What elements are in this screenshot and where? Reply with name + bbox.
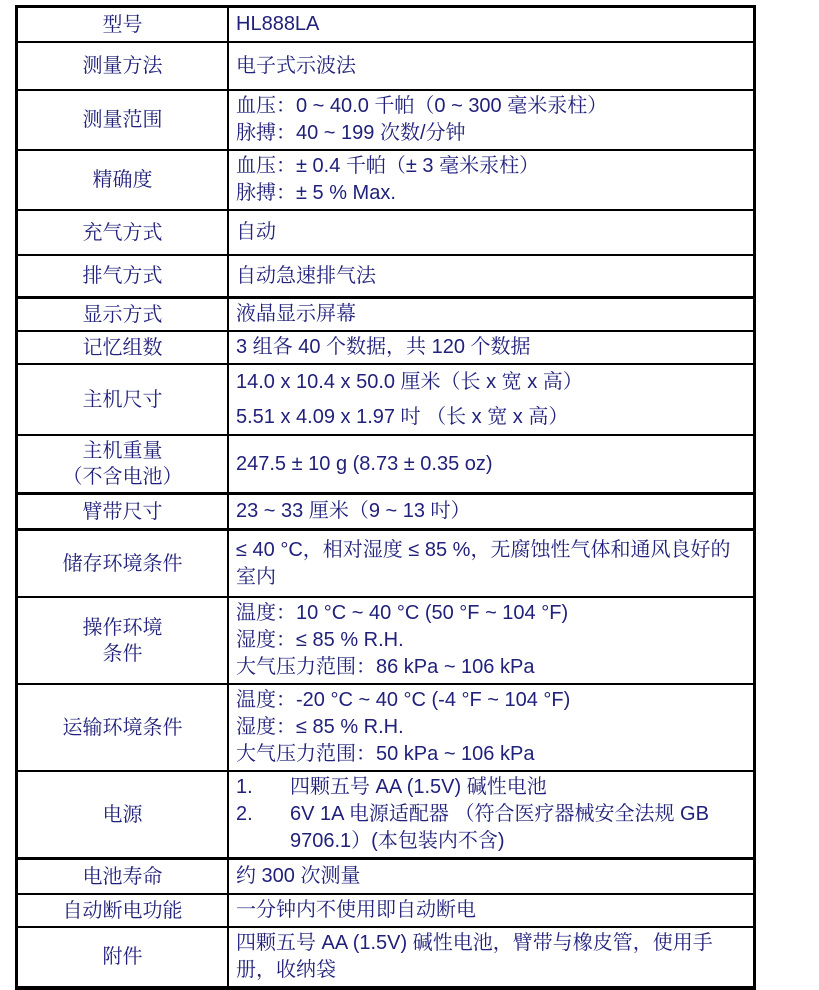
label-line: 主机重量 bbox=[83, 438, 163, 464]
value-line: 血压：± 0.4 千帕（± 3 毫米汞柱） bbox=[236, 153, 745, 180]
label-line: 储存环境条件 bbox=[63, 551, 183, 577]
label-line: 测量范围 bbox=[83, 107, 163, 133]
value-cuff-size: 23 ~ 33 厘米（9 ~ 13 吋） bbox=[229, 495, 753, 528]
row-transport-environment: 运输环境条件 温度：-20 °C ~ 40 °C (-4 °F ~ 104 °F… bbox=[18, 685, 753, 772]
row-storage-environment: 储存环境条件 ≤ 40 °C，相对湿度 ≤ 85 %，无腐蚀性气体和通风良好的室… bbox=[18, 531, 753, 598]
label-power-source: 电源 bbox=[18, 772, 229, 857]
value-transport-environment: 温度：-20 °C ~ 40 °C (-4 °F ~ 104 °F) 湿度：≤ … bbox=[229, 685, 753, 770]
value-line: 自动 bbox=[236, 219, 745, 246]
spec-table: 型号 HL888LA 测量方法 电子式示波法 测量范围 血压：0 ~ 40.0 … bbox=[15, 5, 756, 990]
label-line: 电池寿命 bbox=[83, 864, 163, 890]
value-line: 血压：0 ~ 40.0 千帕（0 ~ 300 毫米汞柱） bbox=[236, 93, 745, 120]
row-unit-weight: 主机重量 （不含电池） 247.5 ± 10 g (8.73 ± 0.35 oz… bbox=[18, 436, 753, 495]
value-line: 湿度：≤ 85 % R.H. bbox=[236, 627, 745, 654]
row-deflation-method: 排气方式 自动急速排气法 bbox=[18, 256, 753, 299]
value-line: 大气压力范围：50 kPa ~ 106 kPa bbox=[236, 741, 745, 768]
value-line: 温度：10 °C ~ 40 °C (50 °F ~ 104 °F) bbox=[236, 600, 745, 627]
label-line: 型号 bbox=[103, 12, 143, 38]
label-line: 条件 bbox=[103, 641, 143, 667]
label-deflation-method: 排气方式 bbox=[18, 256, 229, 296]
row-accessories: 附件 四颗五号 AA (1.5V) 碱性电池，臂带与橡皮管，使用手册，收纳袋 bbox=[18, 928, 753, 986]
value-unit-dimensions: 14.0 x 10.4 x 50.0 厘米（长 x 宽 x 高） 5.51 x … bbox=[229, 365, 753, 434]
value-display-method: 液晶显示屏幕 bbox=[229, 299, 753, 330]
value-line: 脉搏：± 5 % Max. bbox=[236, 180, 745, 207]
value-line: 3 组各 40 个数据，共 120 个数据 bbox=[236, 334, 745, 361]
value-line: 一分钟内不使用即自动断电 bbox=[236, 897, 745, 924]
value-line: 温度：-20 °C ~ 40 °C (-4 °F ~ 104 °F) bbox=[236, 687, 745, 714]
list-text: 6V 1A 电源适配器 （符合医疗器械安全法规 GB 9706.1）(本包装内不… bbox=[290, 801, 745, 855]
row-auto-power-off: 自动断电功能 一分钟内不使用即自动断电 bbox=[18, 895, 753, 928]
value-line: 大气压力范围：86 kPa ~ 106 kPa bbox=[236, 654, 745, 681]
row-battery-life: 电池寿命 约 300 次测量 bbox=[18, 860, 753, 895]
value-line: 自动急速排气法 bbox=[236, 263, 745, 290]
page: 型号 HL888LA 测量方法 电子式示波法 测量范围 血压：0 ~ 40.0 … bbox=[0, 0, 819, 967]
value-line: 四颗五号 AA (1.5V) 碱性电池，臂带与橡皮管，使用手册，收纳袋 bbox=[236, 930, 745, 984]
label-battery-life: 电池寿命 bbox=[18, 860, 229, 893]
value-model: HL888LA bbox=[229, 8, 753, 41]
value-storage-environment: ≤ 40 °C，相对湿度 ≤ 85 %，无腐蚀性气体和通风良好的室内 bbox=[229, 531, 753, 596]
value-auto-power-off: 一分钟内不使用即自动断电 bbox=[229, 895, 753, 926]
value-line: 23 ~ 33 厘米（9 ~ 13 吋） bbox=[236, 498, 745, 525]
row-display-method: 显示方式 液晶显示屏幕 bbox=[18, 299, 753, 332]
power-list-item: 2. 6V 1A 电源适配器 （符合医疗器械安全法规 GB 9706.1）(本包… bbox=[236, 801, 745, 855]
label-line: 排气方式 bbox=[83, 263, 163, 289]
row-inflation-method: 充气方式 自动 bbox=[18, 211, 753, 256]
label-line: 运输环境条件 bbox=[63, 715, 183, 741]
label-storage-environment: 储存环境条件 bbox=[18, 531, 229, 596]
value-line: 247.5 ± 10 g (8.73 ± 0.35 oz) bbox=[236, 451, 745, 478]
label-model: 型号 bbox=[18, 8, 229, 41]
label-line: 臂带尺寸 bbox=[83, 499, 163, 525]
label-auto-power-off: 自动断电功能 bbox=[18, 895, 229, 926]
label-transport-environment: 运输环境条件 bbox=[18, 685, 229, 770]
value-operating-environment: 温度：10 °C ~ 40 °C (50 °F ~ 104 °F) 湿度：≤ 8… bbox=[229, 598, 753, 683]
label-display-method: 显示方式 bbox=[18, 299, 229, 330]
value-line: 脉搏：40 ~ 199 次数/分钟 bbox=[236, 120, 745, 147]
value-line: 液晶显示屏幕 bbox=[236, 301, 745, 328]
label-line: 显示方式 bbox=[83, 302, 163, 328]
value-accuracy: 血压：± 0.4 千帕（± 3 毫米汞柱） 脉搏：± 5 % Max. bbox=[229, 151, 753, 209]
row-memory-sets: 记忆组数 3 组各 40 个数据，共 120 个数据 bbox=[18, 332, 753, 365]
row-operating-environment: 操作环境 条件 温度：10 °C ~ 40 °C (50 °F ~ 104 °F… bbox=[18, 598, 753, 685]
label-line: 自动断电功能 bbox=[63, 898, 183, 924]
value-deflation-method: 自动急速排气法 bbox=[229, 256, 753, 296]
value-battery-life: 约 300 次测量 bbox=[229, 860, 753, 893]
label-accessories: 附件 bbox=[18, 928, 229, 986]
value-line: 5.51 x 4.09 x 1.97 吋 （长 x 宽 x 高） bbox=[236, 404, 745, 431]
value-line: HL888LA bbox=[236, 11, 745, 38]
row-accuracy: 精确度 血压：± 0.4 千帕（± 3 毫米汞柱） 脉搏：± 5 % Max. bbox=[18, 151, 753, 211]
label-line: （不含电池） bbox=[63, 464, 183, 490]
power-list-item: 1. 四颗五号 AA (1.5V) 碱性电池 bbox=[236, 774, 745, 801]
label-line: 记忆组数 bbox=[83, 335, 163, 361]
row-model: 型号 HL888LA bbox=[18, 8, 753, 43]
value-memory-sets: 3 组各 40 个数据，共 120 个数据 bbox=[229, 332, 753, 363]
label-line: 附件 bbox=[103, 944, 143, 970]
list-number: 1. bbox=[236, 774, 290, 801]
label-line: 精确度 bbox=[93, 167, 153, 193]
label-line: 操作环境 bbox=[83, 615, 163, 641]
row-unit-dimensions: 主机尺寸 14.0 x 10.4 x 50.0 厘米（长 x 宽 x 高） 5.… bbox=[18, 365, 753, 436]
label-operating-environment: 操作环境 条件 bbox=[18, 598, 229, 683]
value-measurement-range: 血压：0 ~ 40.0 千帕（0 ~ 300 毫米汞柱） 脉搏：40 ~ 199… bbox=[229, 91, 753, 149]
label-line: 主机尺寸 bbox=[83, 387, 163, 413]
label-unit-weight: 主机重量 （不含电池） bbox=[18, 436, 229, 492]
value-inflation-method: 自动 bbox=[229, 211, 753, 254]
label-measurement-method: 测量方法 bbox=[18, 43, 229, 89]
value-line: ≤ 40 °C，相对湿度 ≤ 85 %，无腐蚀性气体和通风良好的室内 bbox=[236, 537, 745, 591]
value-unit-weight: 247.5 ± 10 g (8.73 ± 0.35 oz) bbox=[229, 436, 753, 492]
label-line: 电源 bbox=[103, 802, 143, 828]
list-number: 2. bbox=[236, 801, 290, 828]
label-measurement-range: 测量范围 bbox=[18, 91, 229, 149]
row-power-source: 电源 1. 四颗五号 AA (1.5V) 碱性电池 2. 6V 1A 电源适配器… bbox=[18, 772, 753, 860]
label-cuff-size: 臂带尺寸 bbox=[18, 495, 229, 528]
label-unit-dimensions: 主机尺寸 bbox=[18, 365, 229, 434]
row-measurement-range: 测量范围 血压：0 ~ 40.0 千帕（0 ~ 300 毫米汞柱） 脉搏：40 … bbox=[18, 91, 753, 151]
row-measurement-method: 测量方法 电子式示波法 bbox=[18, 43, 753, 91]
label-memory-sets: 记忆组数 bbox=[18, 332, 229, 363]
list-text: 四颗五号 AA (1.5V) 碱性电池 bbox=[290, 774, 745, 801]
value-line: 电子式示波法 bbox=[236, 53, 745, 80]
value-line: 湿度：≤ 85 % R.H. bbox=[236, 714, 745, 741]
label-line: 测量方法 bbox=[83, 53, 163, 79]
label-line: 充气方式 bbox=[83, 220, 163, 246]
label-accuracy: 精确度 bbox=[18, 151, 229, 209]
value-line: 14.0 x 10.4 x 50.0 厘米（长 x 宽 x 高） bbox=[236, 369, 745, 396]
row-cuff-size: 臂带尺寸 23 ~ 33 厘米（9 ~ 13 吋） bbox=[18, 495, 753, 531]
value-accessories: 四颗五号 AA (1.5V) 碱性电池，臂带与橡皮管，使用手册，收纳袋 bbox=[229, 928, 753, 986]
value-power-source: 1. 四颗五号 AA (1.5V) 碱性电池 2. 6V 1A 电源适配器 （符… bbox=[229, 772, 753, 857]
value-measurement-method: 电子式示波法 bbox=[229, 43, 753, 89]
label-inflation-method: 充气方式 bbox=[18, 211, 229, 254]
value-line: 约 300 次测量 bbox=[236, 863, 745, 890]
